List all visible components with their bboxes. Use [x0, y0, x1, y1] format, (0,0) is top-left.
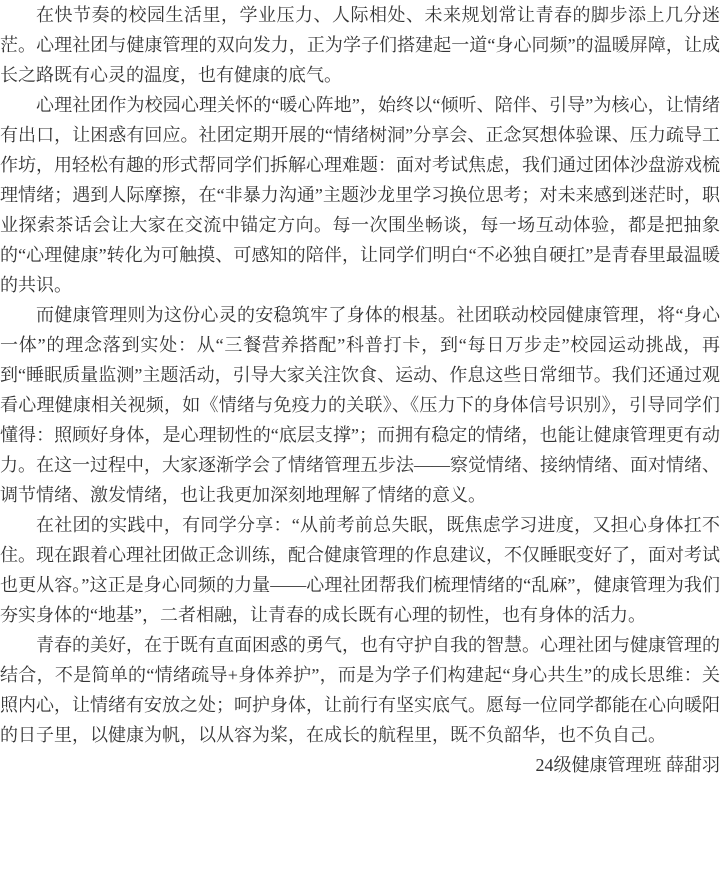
- essay-document: 在快节奏的校园生活里，学业压力、人际相处、未来规划常让青春的脚步添上几分迷茫。心…: [0, 0, 720, 887]
- paragraph-5: 青春的美好，在于既有直面困惑的勇气，也有守护自我的智慧。心理社团与健康管理的结合…: [0, 630, 720, 750]
- paragraph-1: 在快节奏的校园生活里，学业压力、人际相处、未来规划常让青春的脚步添上几分迷茫。心…: [0, 0, 720, 90]
- paragraph-3: 而健康管理则为这份心灵的安稳筑牢了身体的根基。社团联动校园健康管理，将“身心一体…: [0, 300, 720, 510]
- paragraph-4: 在社团的实践中，有同学分享：“从前考前总失眠，既焦虑学习进度，又担心身体扛不住。…: [0, 510, 720, 630]
- paragraph-2: 心理社团作为校园心理关怀的“暖心阵地”，始终以“倾听、陪伴、引导”为核心，让情绪…: [0, 90, 720, 300]
- signature-line: 24级健康管理班 薛甜羽: [0, 750, 720, 780]
